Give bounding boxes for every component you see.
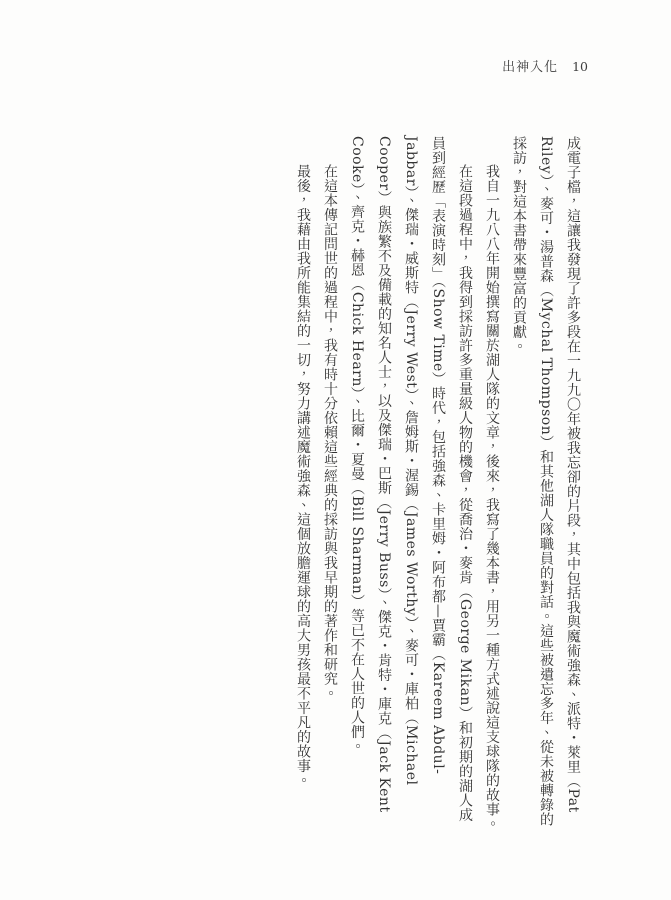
running-header: 出神入化 10	[502, 56, 588, 75]
book-page: { "header": { "book_title": "出神入化", "pag…	[0, 0, 671, 900]
page-number: 10	[572, 59, 588, 74]
body-text-block: 成電子檔，這讓我發現了許多段在一九九〇年被我忘卻的片段，其中包括我與魔術強森、派…	[289, 136, 586, 834]
paragraph: 最後，我藉由我所能集結的一切，努力講述魔術強森、這個放膽運球的高大男孩最不平凡的…	[289, 136, 316, 834]
paragraph: 在這本傳記問世的過程中，我有時十分依賴這些經典的採訪與我早期的著作和研究。	[316, 136, 343, 834]
book-title: 出神入化	[502, 56, 558, 75]
paragraph: 在這段過程中，我得到採訪許多重量級人物的機會，從喬治・麥肯（George Mik…	[343, 136, 478, 834]
paragraph: 我自一九八八年開始撰寫關於湖人隊的文章，後來，我寫了幾本書，用另一種方式述說這支…	[478, 136, 505, 834]
paragraph-continuation: 成電子檔，這讓我發現了許多段在一九九〇年被我忘卻的片段，其中包括我與魔術強森、派…	[505, 136, 586, 834]
